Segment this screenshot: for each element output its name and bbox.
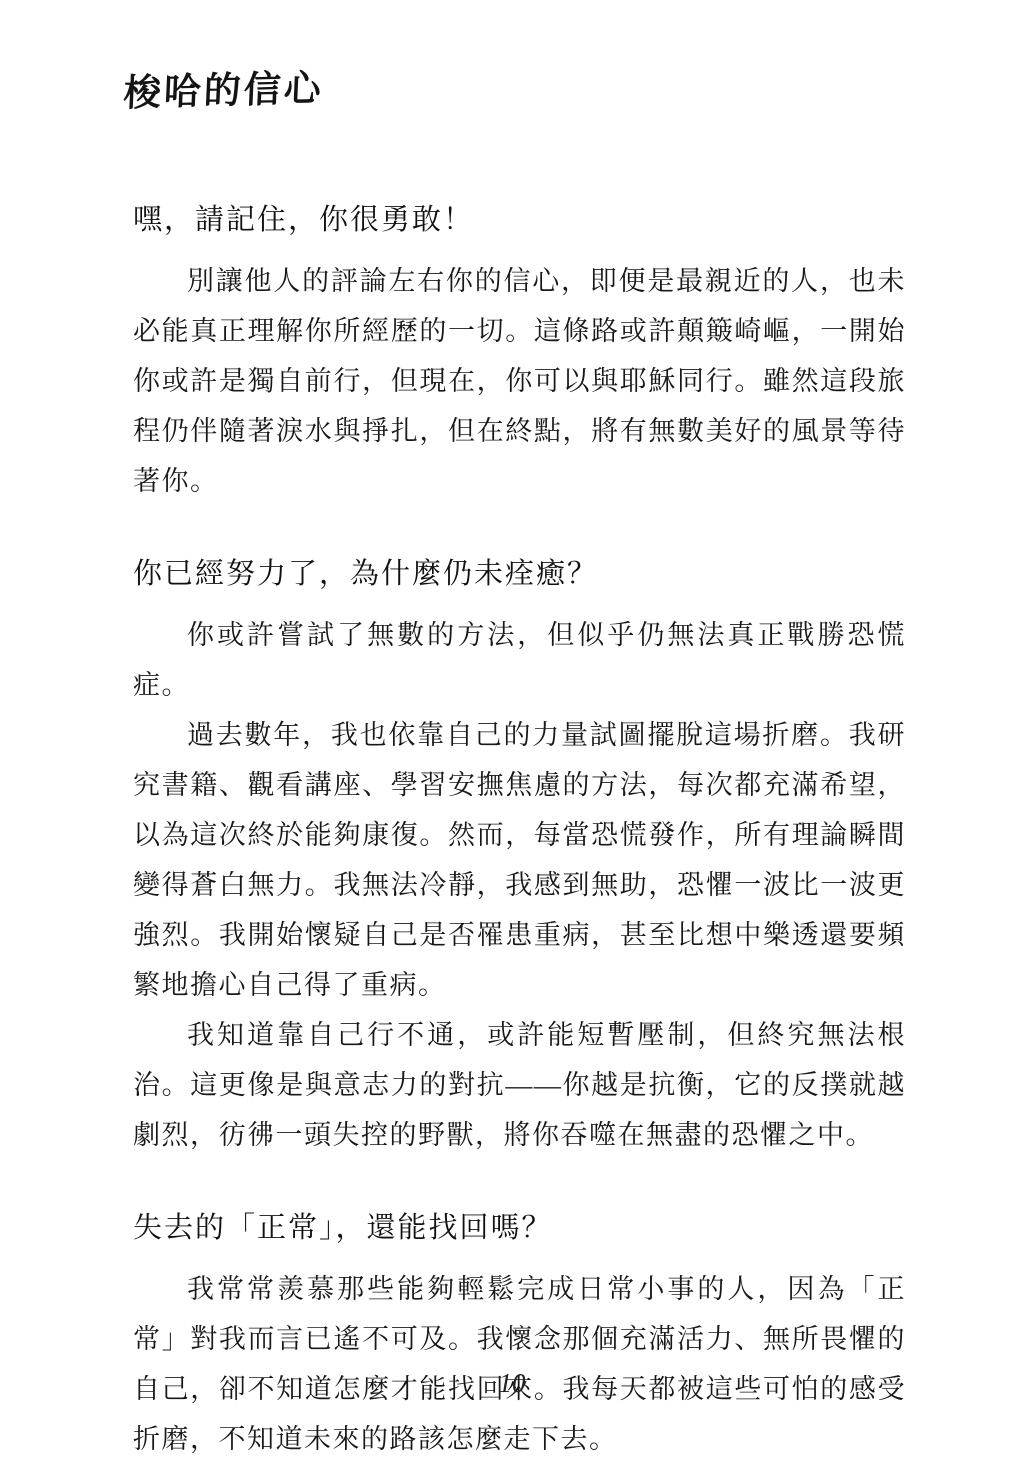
- handwritten-book-title: 梭哈的信心: [123, 57, 325, 116]
- paragraph: 我常常羨慕那些能夠輕鬆完成日常小事的人，因為「正常」對我而言已遙不可及。我懷念那…: [133, 1264, 906, 1464]
- section-be-brave: 嘿，請記住，你很勇敢！ 別讓他人的評論左右你的信心，即便是最親近的人，也未必能真…: [133, 200, 906, 506]
- section-heading: 失去的「正常」，還能找回嗎？: [133, 1208, 906, 1248]
- section-lost-normal: 失去的「正常」，還能找回嗎？ 我常常羨慕那些能夠輕鬆完成日常小事的人，因為「正常…: [133, 1208, 906, 1464]
- page-content: 嘿，請記住，你很勇敢！ 別讓他人的評論左右你的信心，即便是最親近的人，也未必能真…: [133, 200, 906, 1464]
- section-heading: 嘿，請記住，你很勇敢！: [133, 200, 906, 240]
- section-heading: 你已經努力了，為什麼仍未痊癒？: [133, 554, 906, 594]
- section-why-not-healed: 你已經努力了，為什麼仍未痊癒？ 你或許嘗試了無數的方法，但似乎仍無法真正戰勝恐慌…: [133, 554, 906, 1160]
- paragraph: 我知道靠自己行不通，或許能短暫壓制，但終究無法根治。這更像是與意志力的對抗——你…: [133, 1010, 906, 1160]
- book-page: 梭哈的信心 嘿，請記住，你很勇敢！ 別讓他人的評論左右你的信心，即便是最親近的人…: [0, 0, 1024, 1475]
- paragraph: 別讓他人的評論左右你的信心，即便是最親近的人，也未必能真正理解你所經歷的一切。這…: [133, 256, 906, 506]
- paragraph: 過去數年，我也依靠自己的力量試圖擺脫這場折磨。我研究書籍、觀看講座、學習安撫焦慮…: [133, 710, 906, 1010]
- paragraph: 你或許嘗試了無數的方法，但似乎仍無法真正戰勝恐慌症。: [133, 610, 906, 710]
- page-number: 10: [0, 1368, 1024, 1399]
